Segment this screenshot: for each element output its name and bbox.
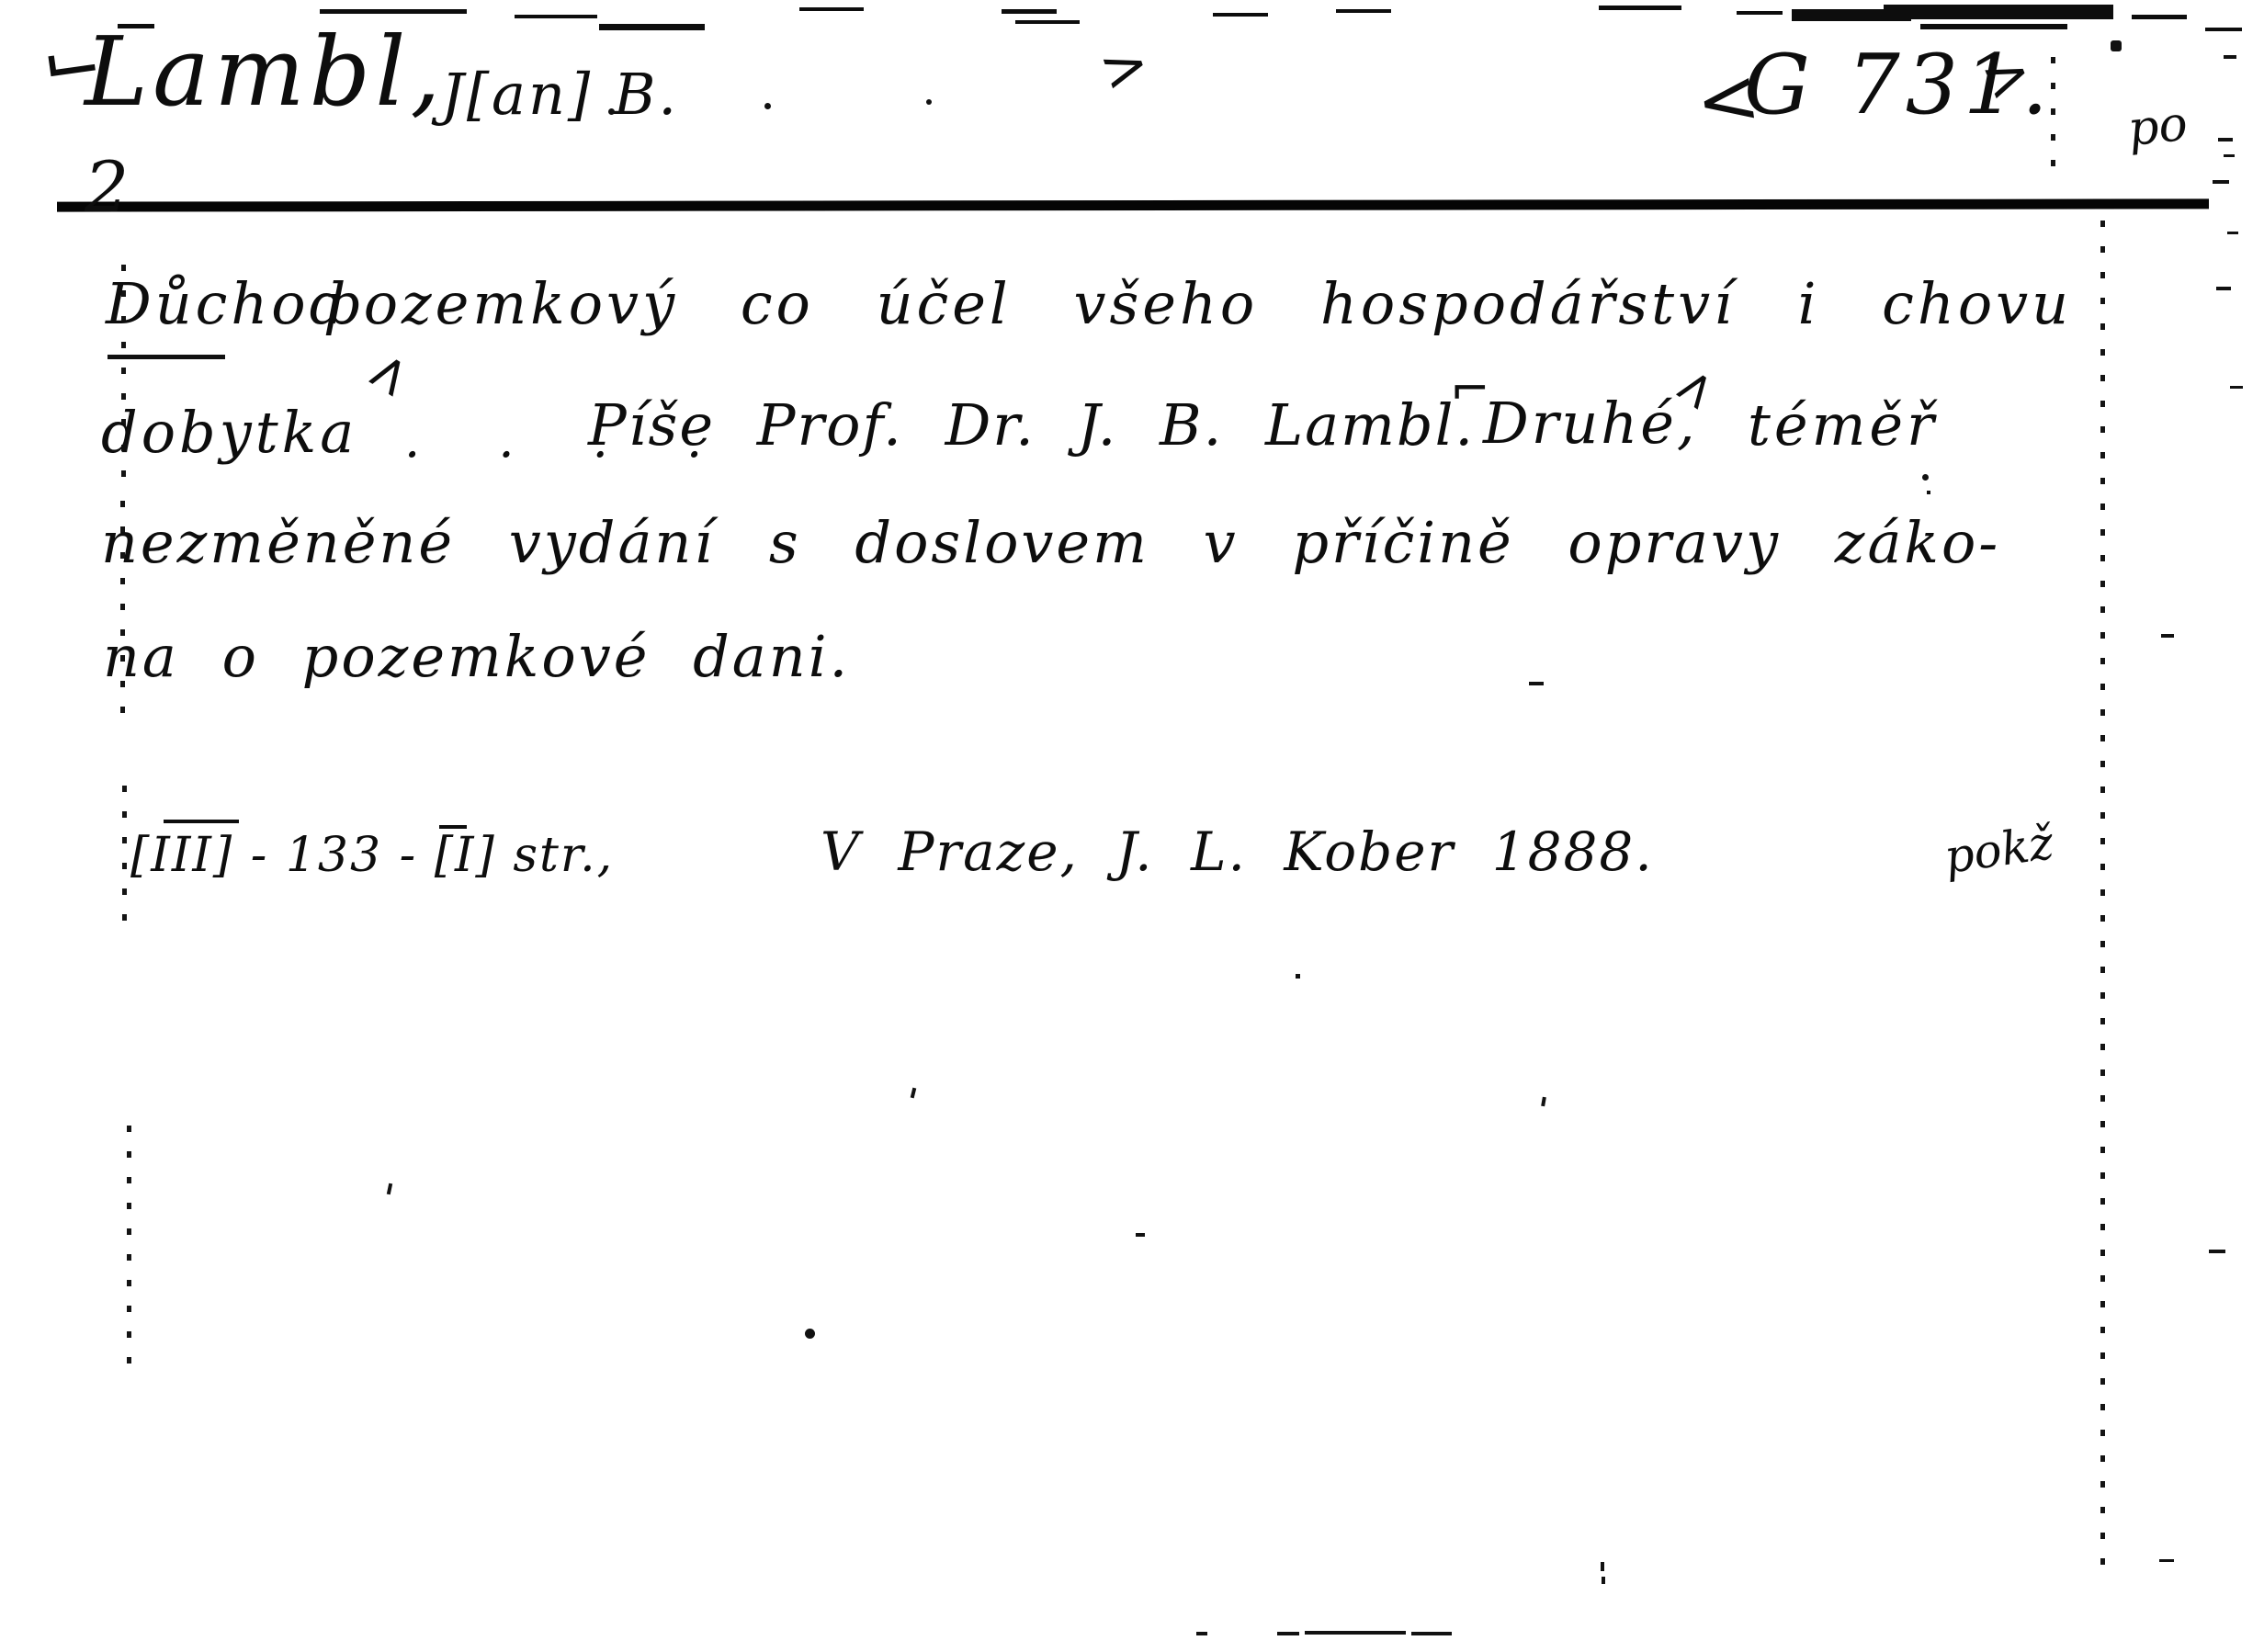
right-dotted-border bbox=[2051, 57, 2055, 186]
scan-artifact bbox=[1737, 11, 1783, 15]
scan-artifact bbox=[2230, 386, 2243, 389]
scan-artifact bbox=[1602, 1577, 1605, 1584]
body-line-2: Píše Prof. Dr. J. B. Lambl. bbox=[588, 397, 1475, 454]
title-underline bbox=[108, 355, 225, 359]
scan-speck bbox=[1922, 474, 1929, 481]
scan-speck bbox=[911, 1088, 917, 1099]
body-line-1: pozemkový co účel všeho hospodářství i c… bbox=[323, 276, 2072, 333]
scan-artifact bbox=[1411, 1632, 1452, 1635]
catalog-card: ⌐ Lambl, J[an] B. > < G 731. > po 2 Důch… bbox=[0, 0, 2264, 1652]
scan-artifact bbox=[2224, 154, 2235, 157]
scan-artifact bbox=[1336, 9, 1391, 13]
scan-speck bbox=[2161, 634, 2174, 638]
scan-artifact bbox=[2227, 232, 2238, 234]
scan-artifact bbox=[1884, 5, 2113, 19]
scan-speck bbox=[1136, 1233, 1145, 1237]
scan-artifact bbox=[2218, 138, 2233, 141]
body-line-4: na o pozemkové dani. bbox=[103, 628, 850, 685]
scan-speck bbox=[608, 108, 615, 115]
body-line-2-word: dobytka bbox=[101, 404, 357, 461]
scan-artifact bbox=[2213, 180, 2229, 184]
scan-speck bbox=[764, 103, 771, 109]
scan-artifact bbox=[1601, 1562, 1604, 1571]
scan-artifact bbox=[2224, 55, 2236, 59]
scan-artifact bbox=[515, 15, 597, 18]
left-dotted-border bbox=[122, 786, 127, 933]
scan-speck bbox=[1296, 974, 1300, 979]
body-line-2-end: téměř bbox=[1748, 397, 1938, 454]
scan-artifact bbox=[2132, 15, 2187, 19]
roman-overline bbox=[164, 820, 239, 823]
scan-speck bbox=[1529, 682, 1544, 685]
scan-artifact bbox=[320, 9, 467, 14]
body-line-3: nezměněné vydání s doslovem v příčině op… bbox=[101, 515, 2000, 571]
caret-mark: > bbox=[354, 341, 423, 407]
inserted-word: Druhé, bbox=[1483, 395, 1698, 452]
author-forename: J[an] B. bbox=[441, 66, 679, 123]
scan-speck bbox=[926, 99, 932, 105]
scan-artifact bbox=[1305, 1631, 1406, 1635]
scan-artifact bbox=[2159, 1559, 2174, 1562]
scan-speck bbox=[805, 1329, 815, 1339]
header-caret-mark: > bbox=[1093, 32, 1157, 101]
scan-speck bbox=[2111, 40, 2122, 51]
scan-artifact bbox=[1015, 20, 1080, 24]
right-dotted-border bbox=[2100, 221, 2105, 1580]
roman-overline bbox=[439, 825, 467, 829]
collation: [III] - 133 - [I] str., bbox=[130, 832, 614, 879]
scan-artifact bbox=[2216, 287, 2231, 290]
scan-artifact bbox=[599, 24, 705, 30]
corner-note: po bbox=[2125, 100, 2190, 153]
author-surname: Lambl, bbox=[85, 24, 446, 119]
place-publisher: V Praze, J. L. Kober 1888. bbox=[821, 825, 1654, 878]
left-dotted-border bbox=[127, 1126, 131, 1374]
right-note: pokž bbox=[1941, 820, 2056, 880]
scan-artifact bbox=[1277, 1632, 1299, 1635]
scan-speck bbox=[1927, 491, 1930, 494]
scan-artifact bbox=[2209, 1250, 2225, 1253]
title-word-underlined: Důchod bbox=[106, 276, 349, 333]
scan-speck bbox=[1541, 1097, 1546, 1107]
margin-note: 2 bbox=[85, 153, 129, 222]
scan-artifact bbox=[1196, 1632, 1207, 1635]
scan-artifact bbox=[1213, 13, 1268, 17]
scan-speck bbox=[387, 1183, 392, 1195]
scan-artifact bbox=[799, 7, 864, 11]
scan-artifact bbox=[2205, 28, 2242, 31]
scan-artifact bbox=[1002, 9, 1057, 14]
scan-artifact bbox=[1599, 6, 1681, 10]
scan-artifact bbox=[1920, 24, 2067, 29]
header-rule bbox=[57, 198, 2209, 211]
